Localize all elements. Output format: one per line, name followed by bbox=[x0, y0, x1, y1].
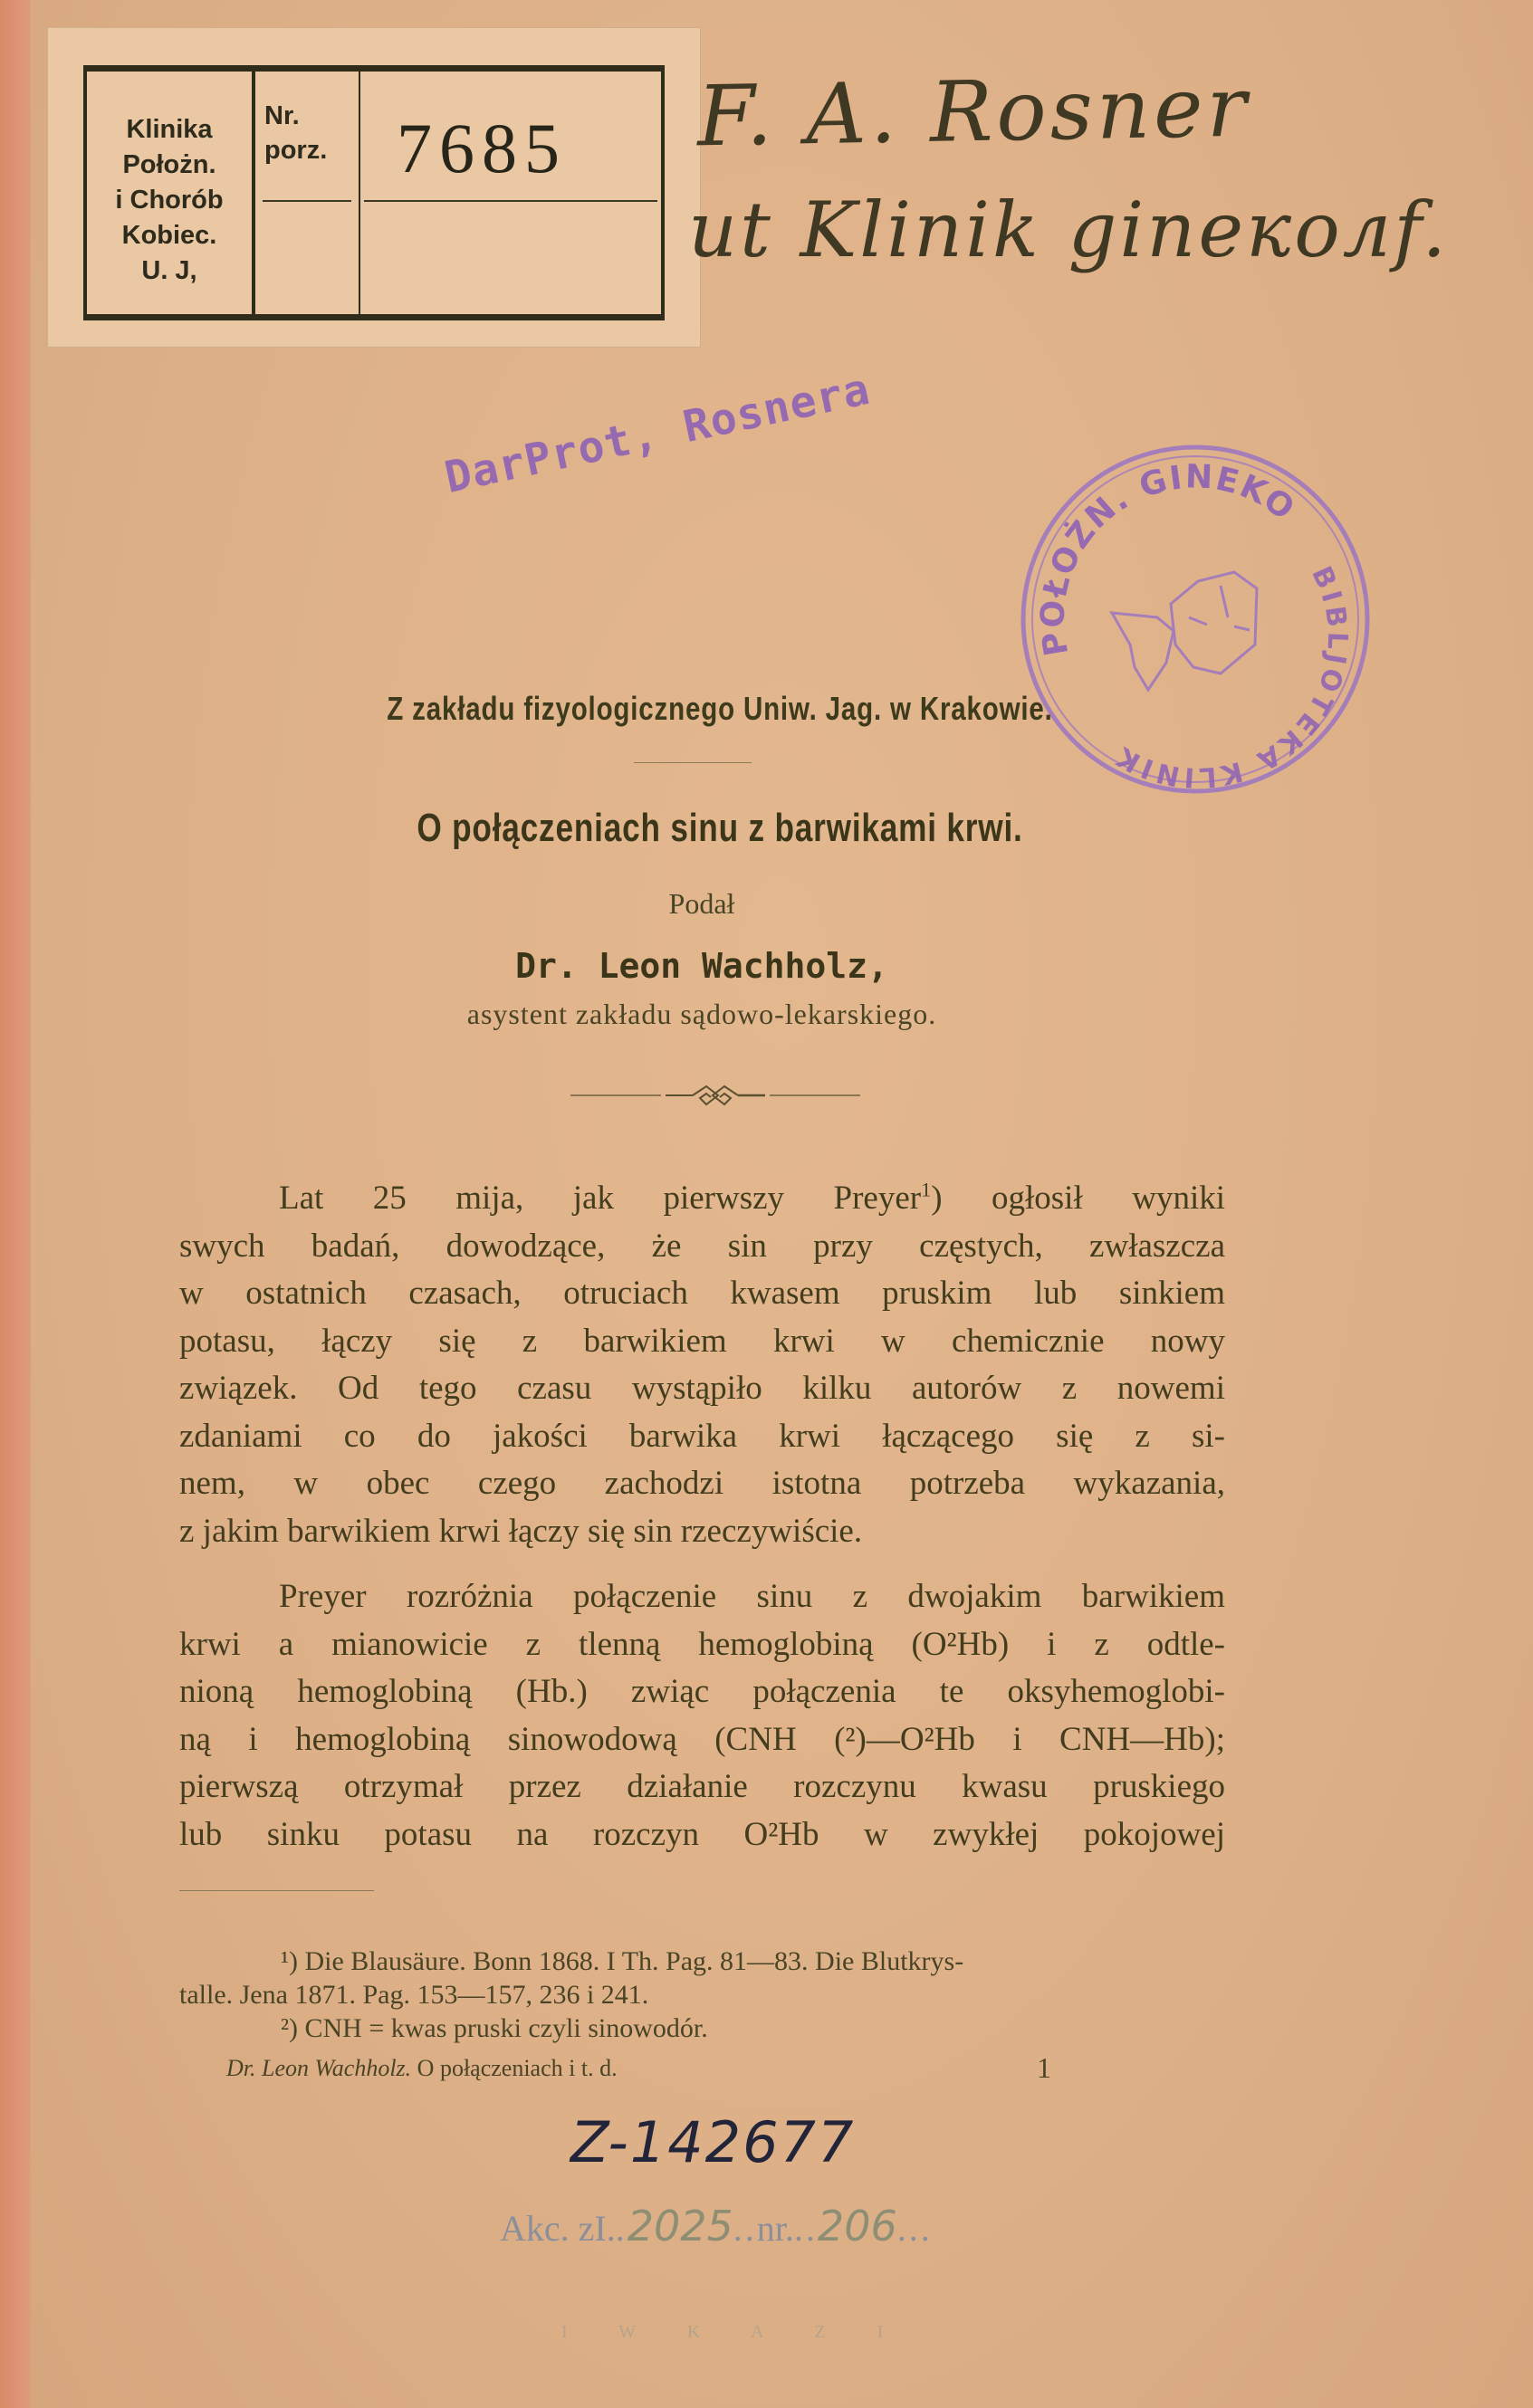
label-number-column: 7685 bbox=[360, 72, 661, 314]
show-through-text: I W K A Z I bbox=[561, 2322, 906, 2343]
eagle-shield-icon bbox=[1112, 572, 1257, 690]
accession-nr-label: nr. bbox=[757, 2208, 794, 2249]
accession-prefix: Akc. zI. bbox=[500, 2208, 616, 2249]
footnote-divider bbox=[179, 1890, 374, 1891]
handwritten-dedication-line-1: F. A. Rosner bbox=[696, 59, 1250, 166]
accession-year: 2025 bbox=[628, 2202, 733, 2250]
footnote-ref[interactable]: 1 bbox=[921, 1179, 931, 1201]
accession-number: 206 bbox=[818, 2202, 897, 2250]
text-line: Preyer rozróżnia połączenie sinu z dwoja… bbox=[179, 1573, 1225, 1621]
divider bbox=[634, 762, 752, 763]
label-line: i Chorób bbox=[87, 183, 252, 218]
institution-heading: Z zakładu fizyologicznego Uniw. Jag. w K… bbox=[226, 690, 1214, 728]
divider bbox=[364, 200, 657, 202]
footnotes: ¹) Die Blausäure. Bonn 1868. I Th. Pag. … bbox=[179, 1945, 1225, 2045]
body-paragraph-1: Lat 25 mija, jak pierwszy Preyer1) ogłos… bbox=[179, 1175, 1225, 1555]
footnote-1: ¹) Die Blausäure. Bonn 1868. I Th. Pag. … bbox=[179, 1945, 1225, 1978]
label-line: U. J, bbox=[87, 253, 252, 289]
library-seal-stamp: POŁOŻN. GINEKOL. U. J. BIBLJOTEKA KLINIK… bbox=[1012, 436, 1378, 802]
author-affiliation: asystent zakładu sądowo-lekarskiego. bbox=[0, 998, 1404, 1031]
label-nr: Nr. bbox=[264, 99, 327, 133]
text-line: nioną hemoglobiną (Hb.) zwiąc połączenia… bbox=[179, 1668, 1225, 1716]
accession-stamp: Akc. zI..2025..nr...206... bbox=[500, 2202, 933, 2250]
text-line: ną i hemoglobiną sinowodową (CNH (²)—O²H… bbox=[179, 1716, 1225, 1764]
label-institution: Klinika Położn. i Chorób Kobiec. U. J, bbox=[87, 72, 255, 314]
page-number: 1 bbox=[1037, 2051, 1051, 2085]
text-line: swych badań, dowodzące, że sin przy częs… bbox=[179, 1223, 1225, 1271]
label-line: Klinika bbox=[87, 112, 252, 148]
text-line: Lat 25 mija, jak pierwszy Preyer1) ogłos… bbox=[179, 1175, 1225, 1223]
text-line: związek. Od tego czasu wystąpiło kilku a… bbox=[179, 1365, 1225, 1413]
label-line: Położn. bbox=[87, 148, 252, 183]
author-name: Dr. Leon Wachholz, bbox=[0, 946, 1404, 986]
text-line: w ostatnich czasach, otruciach kwasem pr… bbox=[179, 1270, 1225, 1318]
text-line: nem, w obec czego zachodzi istotna potrz… bbox=[179, 1460, 1225, 1508]
article-title: O połączeniach sinu z barwikami krwi. bbox=[238, 806, 1202, 851]
label-nr-column: Nr. porz. bbox=[255, 72, 360, 314]
handwritten-dedication-line-2: ut Klinik gineколf. bbox=[688, 186, 1449, 274]
ornament-divider-icon bbox=[570, 1085, 860, 1106]
byline-label: Podał bbox=[0, 887, 1404, 921]
label-number: 7685 bbox=[397, 108, 567, 189]
label-line: Kobiec. bbox=[87, 218, 252, 253]
text-line: zdaniami co do jakości barwika krwi łącz… bbox=[179, 1413, 1225, 1461]
text-line: krwi a mianowicie z tlenną hemoglobiną (… bbox=[179, 1621, 1225, 1669]
footnote-2: ²) CNH = kwas pruski czyli sinowodór. bbox=[179, 2011, 1225, 2045]
divider bbox=[263, 200, 351, 202]
book-spine-edge bbox=[0, 0, 33, 2408]
library-label: Klinika Położn. i Chorób Kobiec. U. J, N… bbox=[83, 65, 665, 320]
handwritten-shelfmark: Z-142677 bbox=[570, 2109, 855, 2175]
text-line: pierwszą otrzymał przez działanie rozczy… bbox=[179, 1763, 1225, 1811]
footer-title: O połączeniach i t. d. bbox=[417, 2055, 618, 2081]
label-nr-text: Nr. porz. bbox=[264, 99, 327, 167]
label-porz: porz. bbox=[264, 133, 327, 167]
footer-author: Dr. Leon Wachholz. bbox=[226, 2055, 411, 2081]
body-paragraph-2: Preyer rozróżnia połączenie sinu z dwoja… bbox=[179, 1573, 1225, 1859]
footnote-1-cont: talle. Jena 1871. Pag. 153—157, 236 i 24… bbox=[179, 1978, 1225, 2011]
text-line: lub sinku potasu na rozczyn O²Hb w zwykł… bbox=[179, 1811, 1225, 1859]
running-footer: Dr. Leon Wachholz. O połączeniach i t. d… bbox=[226, 2055, 618, 2082]
text-line: potasu, łączy się z barwikiem krwi w che… bbox=[179, 1318, 1225, 1366]
text-line: z jakim barwikiem krwi łączy się sin rze… bbox=[179, 1508, 1225, 1556]
